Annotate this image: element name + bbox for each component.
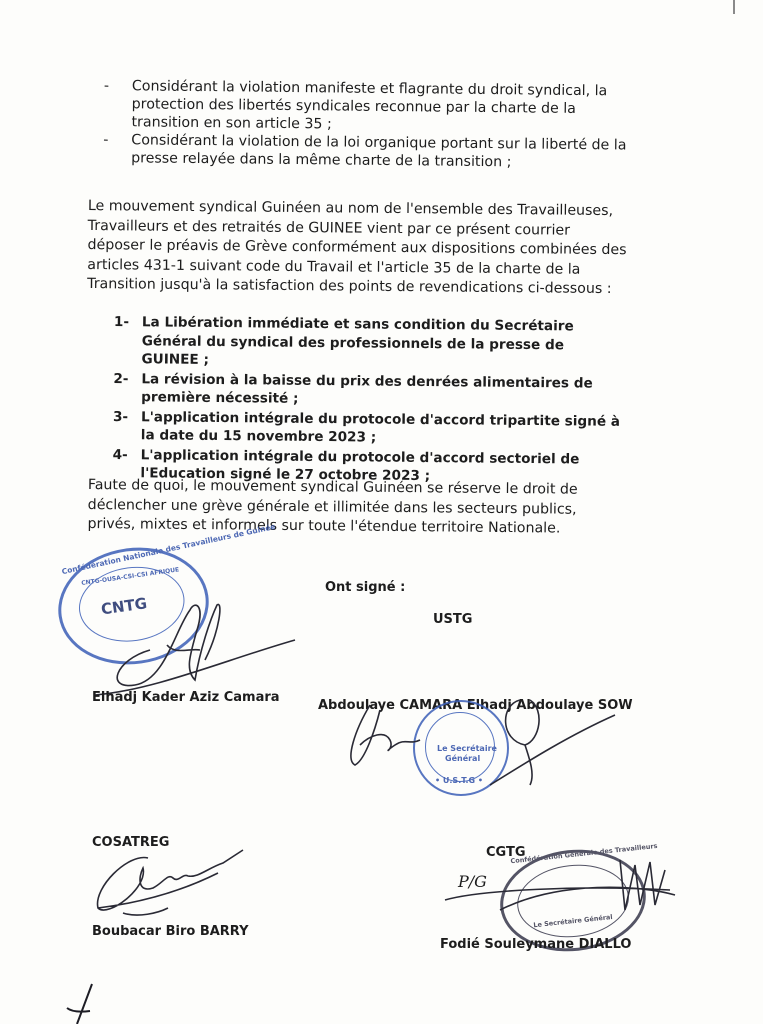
scan-edge-mark bbox=[733, 0, 735, 14]
intro-paragraph: Le mouvement syndical Guinéen au nom de … bbox=[87, 197, 628, 300]
demand-item: 1- La Libération immédiate et sans condi… bbox=[113, 313, 624, 373]
bullet-marker: - bbox=[103, 77, 132, 131]
cosatreg-signatory-name: Boubacar Biro BARRY bbox=[92, 924, 249, 939]
closing-paragraph: Faute de quoi, le mouvement syndical Gui… bbox=[87, 476, 628, 540]
demand-text: La Libération immédiate et sans conditio… bbox=[141, 313, 624, 373]
signatures-heading: Ont signé : bbox=[325, 580, 405, 595]
demand-number: 3- bbox=[113, 407, 141, 444]
consideration-text: Considérant la violation de la loi organ… bbox=[131, 131, 633, 172]
consideration-item: - Considérant la violation de la loi org… bbox=[103, 131, 633, 173]
bullet-marker: - bbox=[103, 131, 131, 167]
consideration-text: Considérant la violation manifeste et fl… bbox=[131, 77, 634, 136]
demand-text: L'application intégrale du protocole d'a… bbox=[141, 408, 623, 450]
ustg-org-label: USTG bbox=[433, 612, 472, 627]
demand-text: La révision à la baisse du prix des denr… bbox=[141, 370, 623, 412]
cgtg-signature bbox=[440, 850, 680, 940]
scanned-document-page: - Considérant la violation manifeste et … bbox=[0, 0, 763, 1024]
demand-item: 3- L'application intégrale du protocole … bbox=[113, 407, 623, 449]
consideration-item: - Considérant la violation manifeste et … bbox=[103, 77, 634, 137]
cosatreg-signature bbox=[88, 848, 258, 923]
demand-item: 2- La révision à la baisse du prix des d… bbox=[113, 369, 623, 411]
cntg-signature bbox=[95, 590, 295, 700]
demand-number: 2- bbox=[113, 369, 141, 406]
margin-initial-mark bbox=[62, 980, 102, 1024]
demand-number: 1- bbox=[113, 313, 142, 369]
ustg-signatures bbox=[340, 700, 620, 790]
considerations-list: - Considérant la violation manifeste et … bbox=[103, 77, 634, 173]
demands-list: 1- La Libération immédiate et sans condi… bbox=[112, 313, 624, 488]
cntg-signatory-name: Elhadj Kader Aziz Camara bbox=[92, 690, 280, 705]
cgtg-signatory-name: Fodié Souleymane DIALLO bbox=[440, 937, 631, 952]
